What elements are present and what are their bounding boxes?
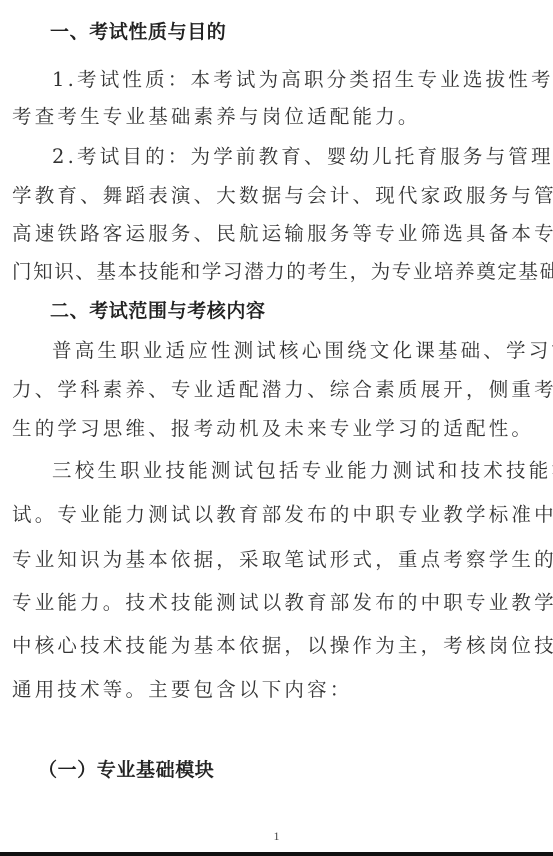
paragraph-line: 力、学科素养、专业适配潜力、综合素质展开，侧重考察考 bbox=[12, 378, 542, 402]
document-page: 一、考试性质与目的 1.考试性质：本考试为高职分类招生专业选拔性考试， 考查考生… bbox=[0, 0, 553, 856]
paragraph-line: 2.考试目的：为学前教育、婴幼儿托育服务与管理、小 bbox=[52, 145, 542, 169]
section-heading-1: 一、考试性质与目的 bbox=[50, 20, 226, 44]
paragraph-line: 1.考试性质：本考试为高职分类招生专业选拔性考试， bbox=[52, 68, 542, 92]
page-bottom-border bbox=[0, 852, 553, 856]
paragraph-line: 考查考生专业基础素养与岗位适配能力。 bbox=[12, 105, 542, 129]
paragraph-line: 三校生职业技能测试包括专业能力测试和技术技能测 bbox=[52, 459, 542, 483]
subsection-heading: （一）专业基础模块 bbox=[38, 758, 214, 782]
paragraph-line: 试。专业能力测试以教育部发布的中职专业教学标准中核心 bbox=[12, 503, 542, 527]
paragraph-line: 通用技术等。主要包含以下内容： bbox=[12, 678, 542, 702]
paragraph-line: 门知识、基本技能和学习潜力的考生，为专业培养奠定基础。 bbox=[12, 260, 542, 284]
paragraph-line: 专业能力。技术技能测试以教育部发布的中职专业教学标准 bbox=[12, 591, 542, 615]
section-heading-2: 二、考试范围与考核内容 bbox=[50, 299, 266, 323]
paragraph-line: 高速铁路客运服务、民航运输服务等专业筛选具备本专业入 bbox=[12, 222, 542, 246]
paragraph-line: 生的学习思维、报考动机及未来专业学习的适配性。 bbox=[12, 417, 542, 441]
paragraph-line: 专业知识为基本依据，采取笔试形式，重点考察学生的综合 bbox=[12, 548, 542, 572]
paragraph-line: 学教育、舞蹈表演、大数据与会计、现代家政服务与管理、 bbox=[12, 184, 542, 208]
page-number: 1 bbox=[0, 829, 553, 844]
paragraph-line: 普高生职业适应性测试核心围绕文化课基础、学习能 bbox=[52, 339, 542, 363]
paragraph-line: 中核心技术技能为基本依据，以操作为主，考核岗位技能、 bbox=[12, 634, 542, 658]
